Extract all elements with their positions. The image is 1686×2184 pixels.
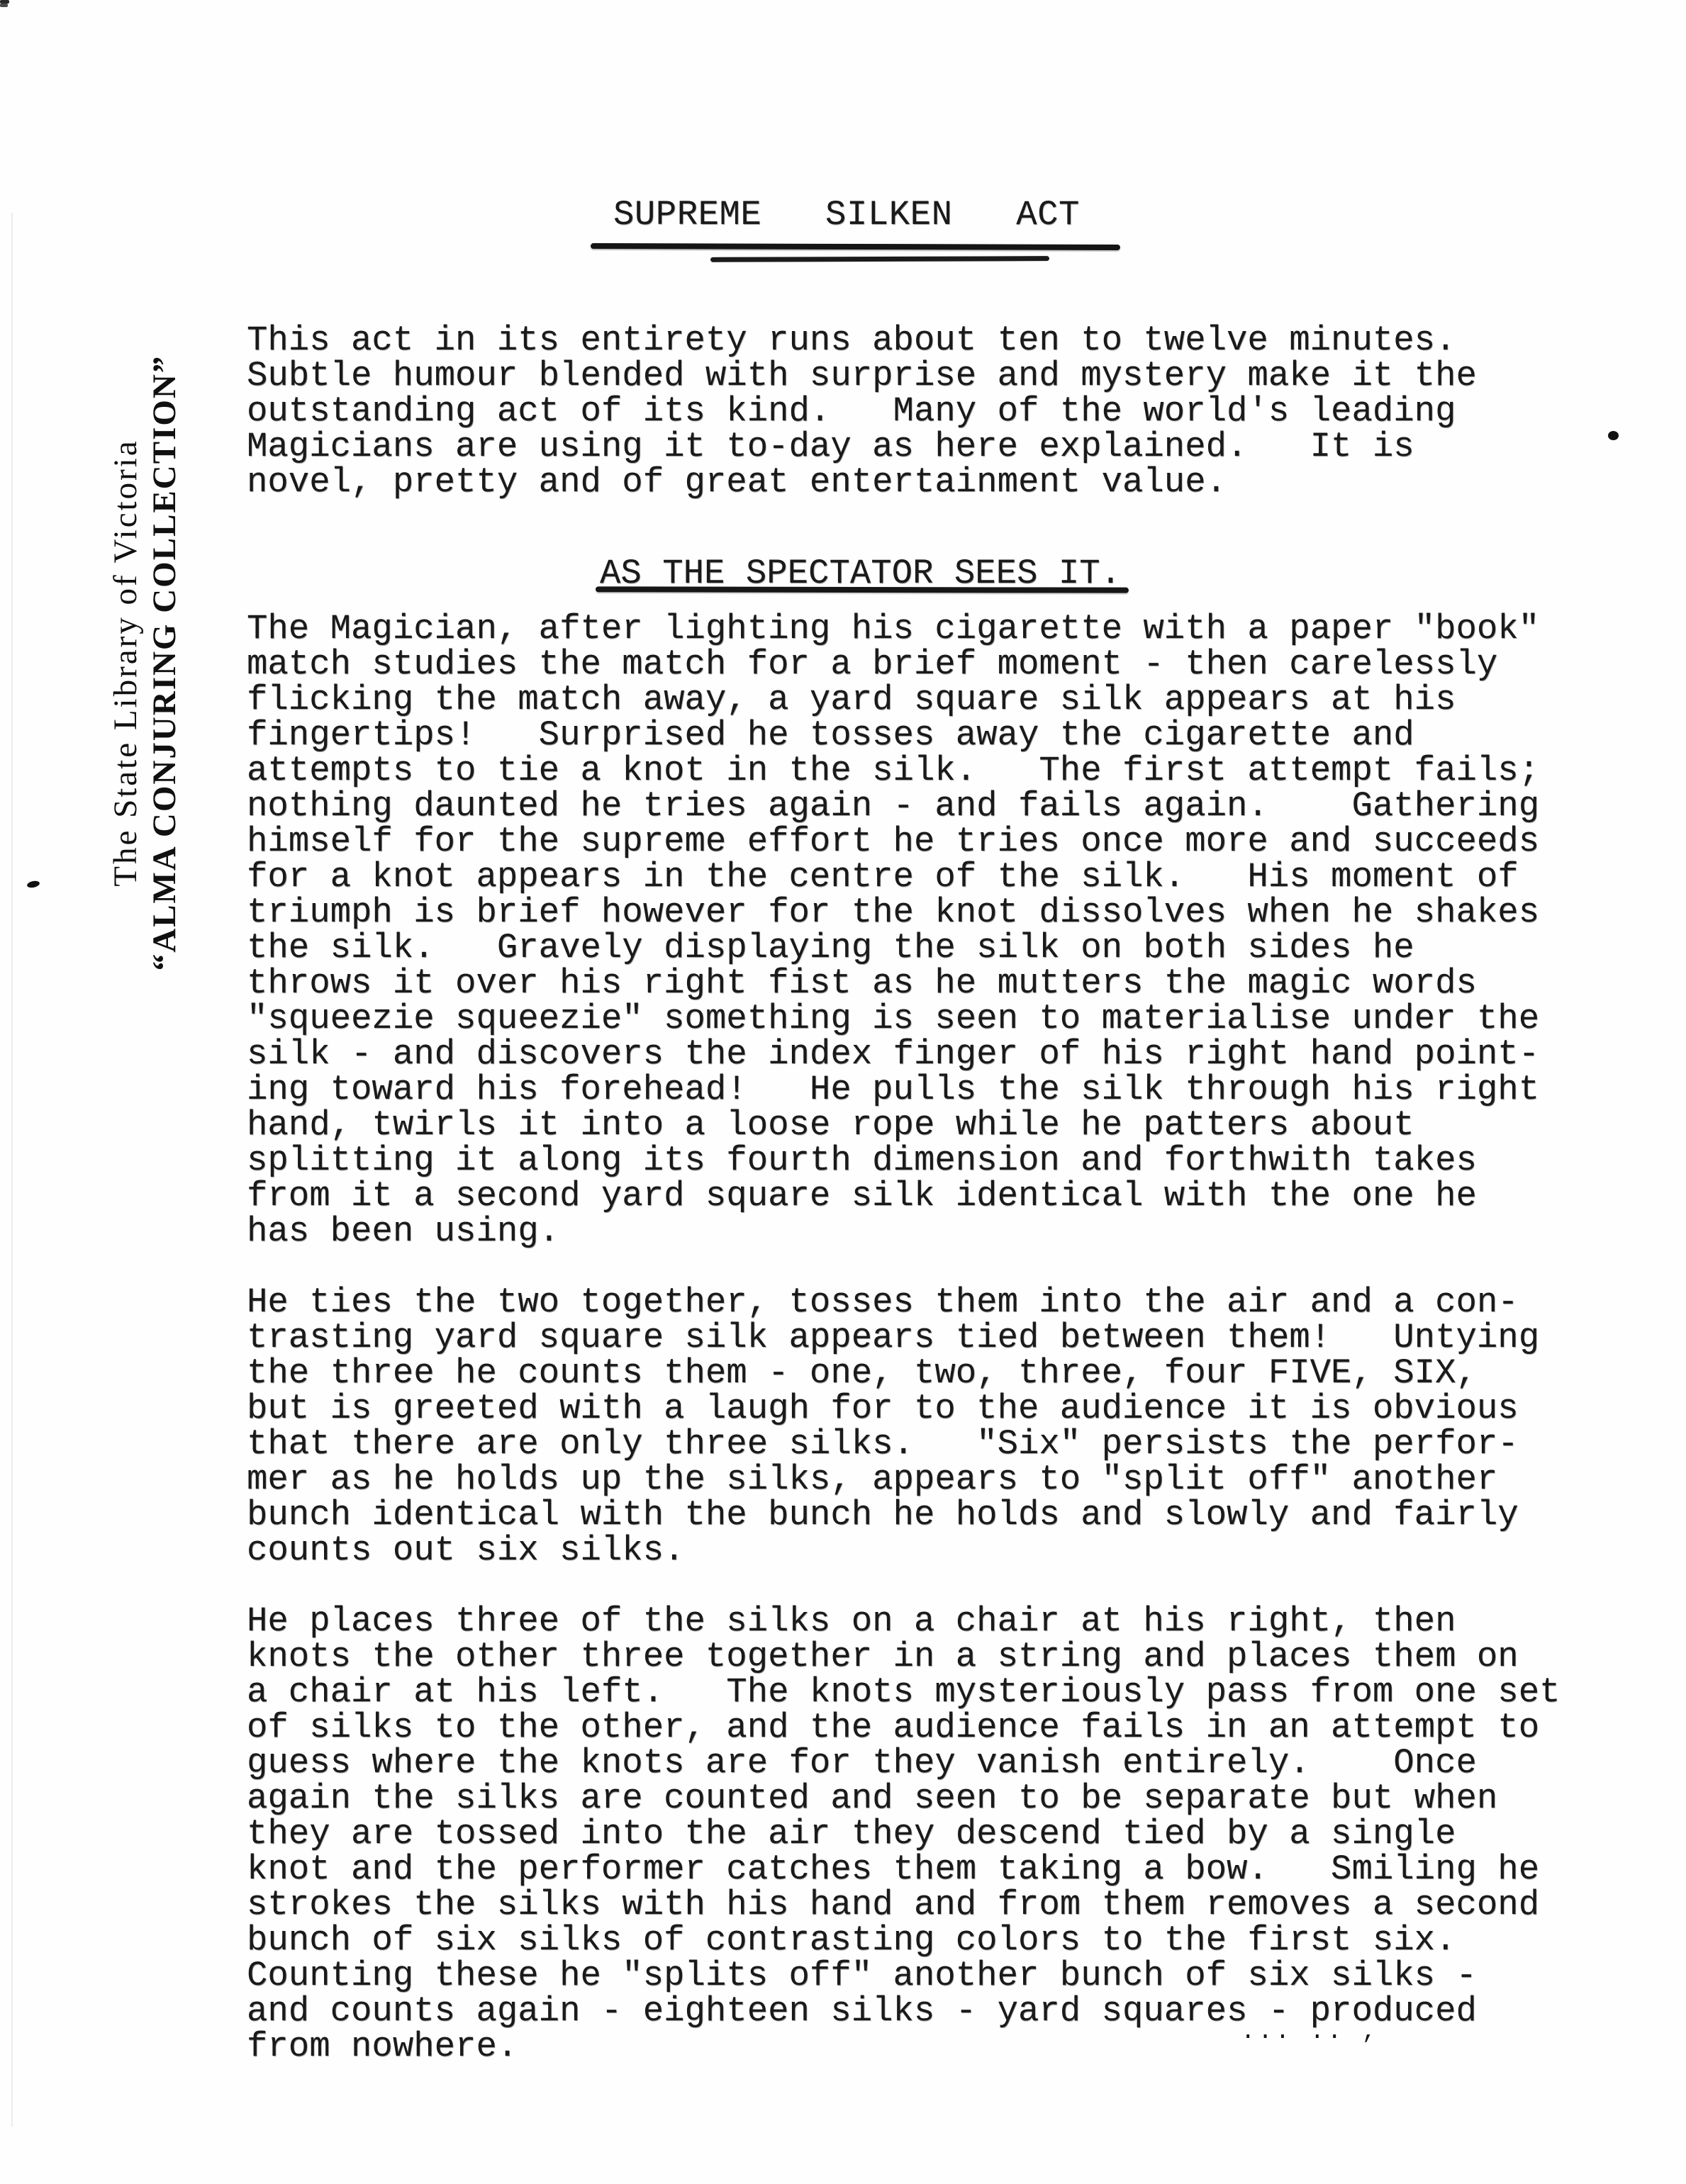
section-heading: AS THE SPECTATOR SEES IT.: [600, 556, 1121, 591]
paragraph-intro: This act in its entirety runs about ten …: [247, 323, 1477, 500]
page-title: SUPREME SILKEN ACT: [613, 197, 1080, 233]
document-page: SUPREME SILKEN ACT This act in its entir…: [0, 0, 1686, 2184]
ink-smudge: ... .. ,: [1241, 2019, 1379, 2046]
title-underline-second: [710, 256, 1049, 262]
scan-edge-line: [11, 213, 13, 2127]
paragraph-spectator-1: The Magician, after lighting his cigaret…: [247, 611, 1539, 1249]
ink-speck: [26, 880, 40, 889]
paragraph-spectator-2: He ties the two together, tosses them in…: [247, 1284, 1539, 1568]
stamp-collection-name: “ALMA CONJURING COLLECTION”: [146, 355, 183, 971]
paragraph-spectator-3: He places three of the silks on a chair …: [247, 1603, 1561, 2064]
library-stamp: The State Library of Victoria “ALMA CONJ…: [108, 355, 183, 971]
ink-speck: [1608, 431, 1619, 440]
ink-speck: [0, 4, 8, 7]
title-underline: [591, 243, 1120, 250]
section-heading-underline: [596, 586, 1129, 593]
stamp-library-name: The State Library of Victoria: [108, 355, 143, 971]
